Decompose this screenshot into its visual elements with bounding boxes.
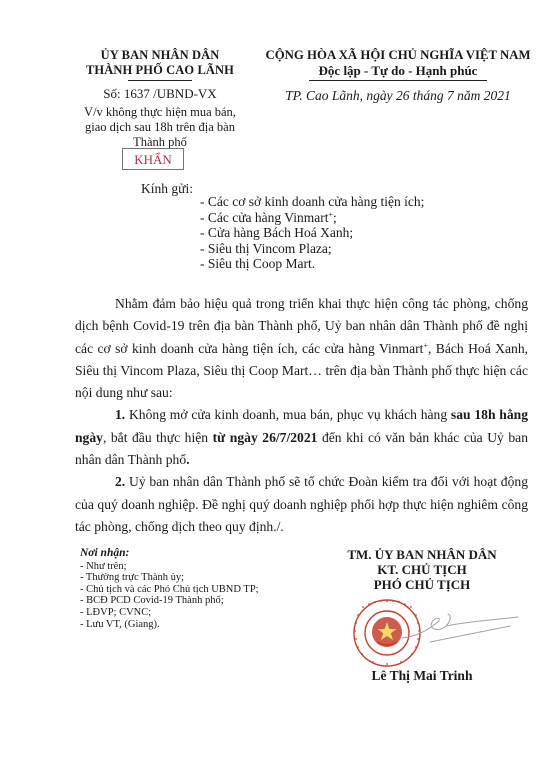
recipient-item: - Siêu thị Vincom Plaza; — [200, 241, 424, 257]
distribution-item: - Thường trực Thành ủy; — [80, 572, 259, 584]
distribution-item: - Như trên; — [80, 561, 259, 573]
distribution-item: - LĐVP; CVNC; — [80, 607, 259, 619]
document-number: Số: 1637 /UBND-VX — [70, 86, 250, 102]
recipient-item: - Các cửa hàng Vinmart+; — [200, 210, 424, 226]
document-subject: V/v không thực hiện mua bán, giao dịch s… — [70, 105, 250, 150]
org-name-line1: ỦY BAN NHÂN DÂN — [70, 48, 250, 63]
signer-name: Lê Thị Mai Trinh — [322, 668, 522, 684]
signer-on-behalf: KT. CHỦ TỊCH — [322, 562, 522, 577]
directive-item-1: 1. Không mở cửa kinh doanh, mua bán, phụ… — [75, 404, 528, 471]
org-underline — [128, 80, 192, 81]
subject-line: giao dịch sau 18h trên địa bàn — [70, 120, 250, 135]
recipient-item: - Các cơ sở kinh doanh cửa hàng tiện ích… — [200, 194, 424, 210]
national-heading-block: CỘNG HÒA XÃ HỘI CHỦ NGHĨA VIỆT NAM Độc l… — [262, 48, 534, 104]
recipient-list: - Các cơ sở kinh doanh cửa hàng tiện ích… — [200, 194, 424, 272]
intro-paragraph: Nhằm đảm bảo hiệu quả trong triển khai t… — [75, 293, 528, 404]
place-and-date: TP. Cao Lãnh, ngày 26 tháng 7 năm 2021 — [262, 87, 534, 104]
distribution-item: - BCĐ PCD Covid-19 Thành phố; — [80, 595, 259, 607]
directive-item-2: 2. Uỷ ban nhân dân Thành phố sẽ tổ chức … — [75, 471, 528, 538]
recipient-item: - Siêu thị Coop Mart. — [200, 256, 424, 272]
distribution-label: Nơi nhận: — [80, 548, 259, 560]
signer-title: PHÓ CHỦ TỊCH — [322, 577, 522, 592]
issuing-authority-block: ỦY BAN NHÂN DÂN THÀNH PHỐ CAO LÃNH Số: 1… — [70, 48, 250, 150]
document-body: Nhằm đảm bảo hiệu quả trong triển khai t… — [75, 293, 528, 538]
recipient-item: - Cửa hàng Bách Hoá Xanh; — [200, 225, 424, 241]
distribution-item: - Chủ tịch và các Phó Chủ tịch UBND TP; — [80, 584, 259, 596]
nation-title: CỘNG HÒA XÃ HỘI CHỦ NGHĨA VIỆT NAM — [262, 48, 534, 63]
handwritten-signature-icon — [400, 608, 520, 648]
signature-block: TM. ỦY BAN NHÂN DÂN KT. CHỦ TỊCH PHÓ CHỦ… — [322, 547, 522, 592]
signer-authority: TM. ỦY BAN NHÂN DÂN — [322, 547, 522, 562]
distribution-item: - Lưu VT, (Giang). — [80, 619, 259, 631]
motto-underline — [309, 80, 487, 81]
distribution-list: Nơi nhận: - Như trên; - Thường trực Thàn… — [80, 548, 259, 630]
org-name-line2: THÀNH PHỐ CAO LÃNH — [70, 63, 250, 78]
greeting: Kính gửi: — [141, 181, 193, 197]
subject-line: V/v không thực hiện mua bán, — [70, 105, 250, 120]
urgent-stamp: KHẨN — [122, 148, 184, 170]
national-motto: Độc lập - Tự do - Hạnh phúc — [262, 63, 534, 78]
